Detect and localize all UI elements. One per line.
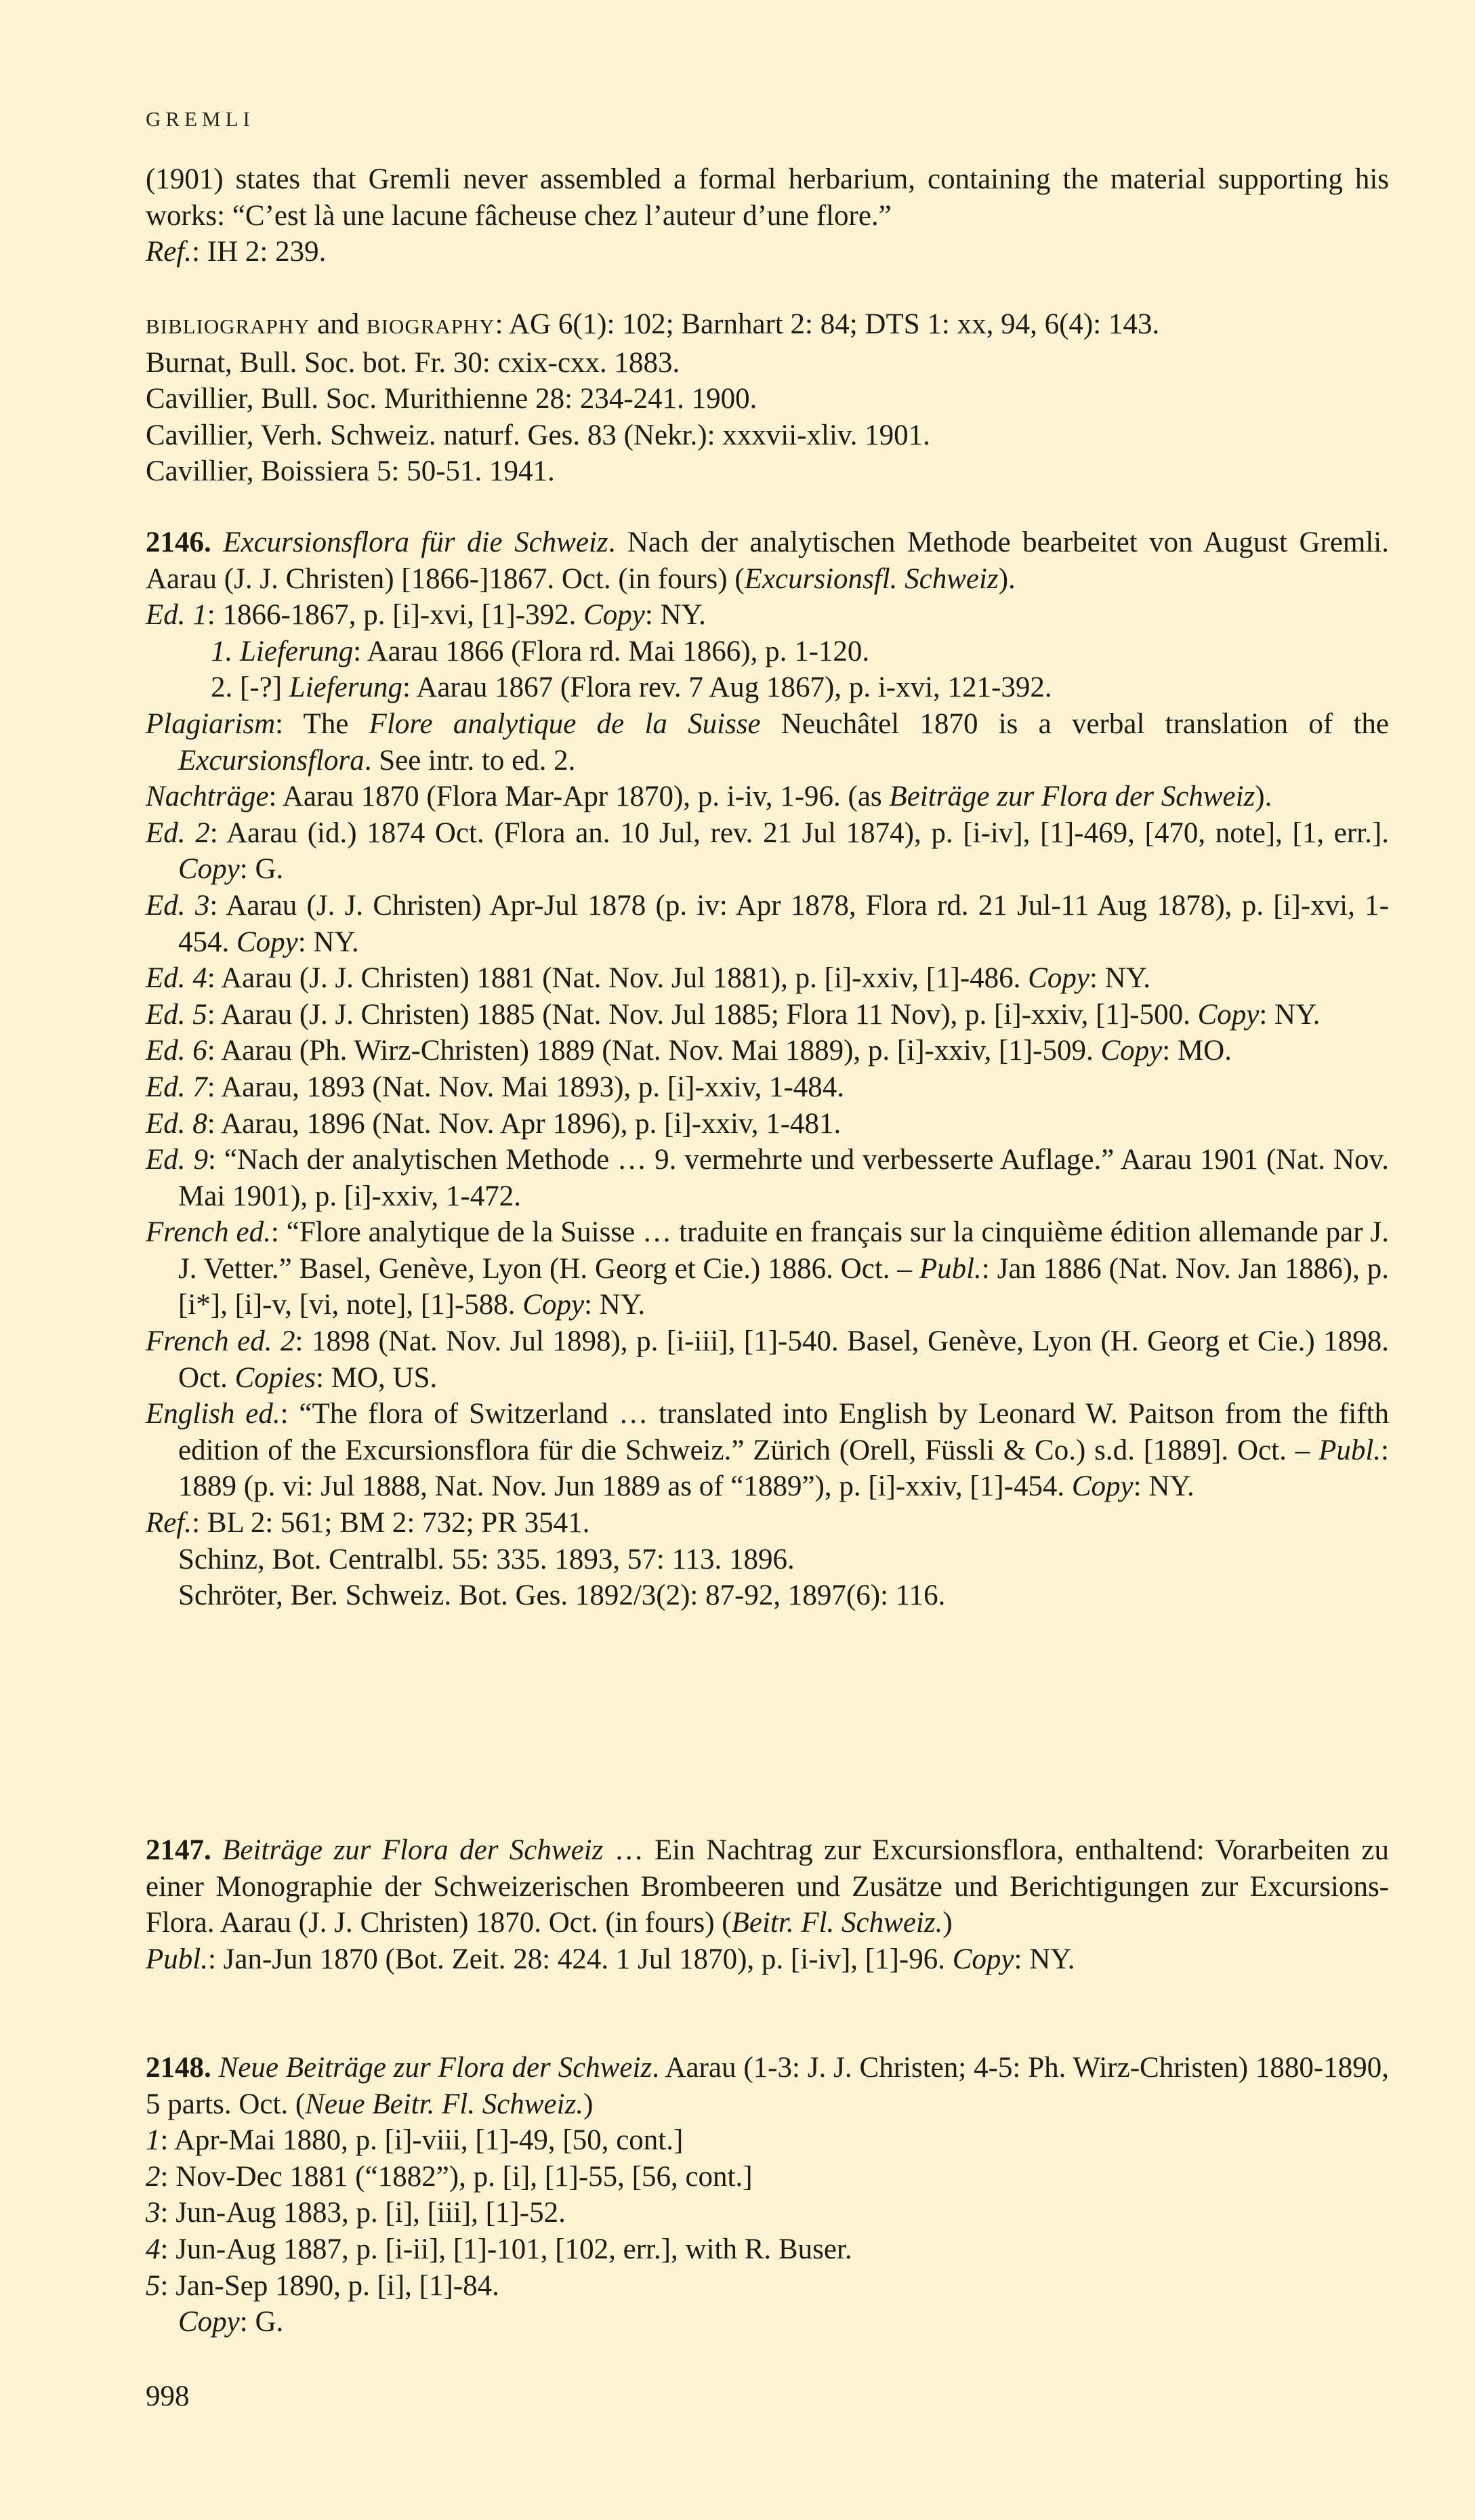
nachtraege-title: Beiträge zur Flora der Schweiz [889, 781, 1255, 812]
plagiarism-title: Flore analytique de la Suisse [369, 708, 761, 740]
edition-label: French ed. 2 [146, 1325, 295, 1357]
bibliography-block: BIBLIOGRAPHY and BIOGRAPHY: AG 6(1): 102… [146, 306, 1389, 490]
entry-abbrev: Neue Beitr. Fl. Schweiz. [305, 2088, 583, 2120]
entry-number: 2147. [146, 1834, 211, 1866]
lieferung-1: 1. Lieferung: Aarau 1866 (Flora rd. Mai … [146, 634, 1389, 670]
copy-label: Copy [1072, 1470, 1134, 1502]
ref-text: : IH 2: 239. [192, 236, 326, 268]
part-number: 1 [146, 2124, 161, 2156]
copy-label: Copy [522, 1289, 584, 1321]
edition-text: : Aarau, 1896 (Nat. Nov. Apr 1896), p. [… [207, 1108, 841, 1140]
entry-2148: 2148. Neue Beiträge zur Flora der Schwei… [146, 2050, 1389, 2340]
edition-text: : Aarau (Ph. Wirz-Christen) 1889 (Nat. N… [207, 1035, 1101, 1067]
running-head: GREMLI [146, 107, 255, 131]
entry-2146: 2146. Excursionsflora für die Schweiz. N… [146, 524, 1389, 1614]
intro-block: (1901) states that Gremli never assemble… [146, 161, 1389, 270]
copy-value: : NY. [645, 599, 706, 631]
edition-text: : Aarau (J. J. Christen) 1881 (Nat. Nov.… [207, 962, 1028, 994]
copy-label: Copy [1100, 1035, 1162, 1067]
intro-ref: Ref.: IH 2: 239. [146, 234, 1389, 270]
bibliography-first-line: : AG 6(1): 102; Barnhart 2: 84; DTS 1: x… [495, 308, 1160, 340]
edition-text: : 1866-1867, p. [i]-xvi, [1]-392. [207, 599, 583, 631]
copy-label: Copy [583, 599, 645, 631]
copy-label: Copy [1198, 999, 1260, 1031]
copy-value: : NY. [298, 926, 359, 958]
bibliography-label: BIBLIOGRAPHY [146, 314, 310, 338]
lieferung-number: 1. [211, 636, 240, 667]
references: Ref.: BL 2: 561; BM 2: 732; PR 3541. [146, 1505, 1389, 1542]
edition-2: Ed. 2: Aarau (id.) 1874 Oct. (Flora an. … [146, 815, 1389, 888]
entry-abbrev-close: ). [999, 563, 1016, 595]
entry-abbrev-close: ) [942, 1907, 952, 1939]
copy-label: Copy [236, 926, 298, 958]
part-number: 5 [146, 2270, 161, 2302]
copy-value: : NY. [1014, 1943, 1075, 1975]
part-number: 2 [146, 2161, 161, 2193]
part-1: 1: Apr-Mai 1880, p. [i]-viii, [1]-49, [5… [146, 2122, 1389, 2159]
intro-paragraph: (1901) states that Gremli never assemble… [146, 161, 1389, 234]
entry-abbrev: Beitr. Fl. Schweiz. [732, 1907, 943, 1939]
edition-1: Ed. 1: 1866-1867, p. [i]-xvi, [1]-392. C… [146, 597, 1389, 634]
copy-value: : MO, US. [316, 1362, 437, 1394]
part-number: 3 [146, 2197, 161, 2229]
copy-value: : NY. [584, 1289, 645, 1321]
page-number: 998 [146, 2380, 190, 2413]
plagiarism-title: Excursionsflora [178, 745, 365, 777]
edition-8: Ed. 8: Aarau, 1896 (Nat. Nov. Apr 1896),… [146, 1106, 1389, 1142]
bibliography-heading-line: BIBLIOGRAPHY and BIOGRAPHY: AG 6(1): 102… [146, 306, 1389, 345]
biography-label: BIOGRAPHY [367, 314, 495, 338]
edition-label: Ed. 7 [146, 1071, 207, 1103]
part-3: 3: Jun-Aug 1883, p. [i], [iii], [1]-52. [146, 2195, 1389, 2231]
nachtraege-note: Nachträge: Aarau 1870 (Flora Mar-Apr 187… [146, 779, 1389, 815]
edition-label: Ed. 2 [146, 817, 210, 849]
publ-label: Publ. [919, 1253, 982, 1285]
french-edition-2: French ed. 2: 1898 (Nat. Nov. Jul 1898),… [146, 1323, 1389, 1396]
part-text: : Jun-Aug 1887, p. [i-ii], [1]-101, [102… [161, 2233, 852, 2265]
edition-label: Ed. 6 [146, 1035, 207, 1067]
plagiarism-text: . See intr. to ed. 2. [365, 745, 576, 777]
bibliography-entry: Cavillier, Boissiera 5: 50-51. 1941. [146, 453, 1389, 490]
entry-abbrev: Excursionsfl. Schweiz [745, 563, 999, 595]
lieferung-label: Lieferung [289, 672, 402, 703]
english-edition: English ed.: “The flora of Switzerland …… [146, 1396, 1389, 1505]
edition-label: French ed. [146, 1216, 271, 1248]
copy-value: : G. [240, 853, 284, 885]
publ-label: Publ. [146, 1943, 208, 1975]
bibliography-entry: Cavillier, Bull. Soc. Murithienne 28: 23… [146, 381, 1389, 417]
edition-label: English ed. [146, 1398, 281, 1430]
entry-title: Beiträge zur Flora der Schweiz [222, 1834, 603, 1866]
ref-text: : BL 2: 561; BM 2: 732; PR 3541. [192, 1507, 589, 1539]
french-edition: French ed.: “Flore analytique de la Suis… [146, 1214, 1389, 1323]
edition-3: Ed. 3: Aarau (J. J. Christen) Apr-Jul 18… [146, 888, 1389, 960]
lieferung-label: Lieferung [240, 636, 353, 667]
edition-label: Ed. 9 [146, 1144, 208, 1176]
edition-label: Ed. 1 [146, 599, 207, 631]
entry-title: Excursionsflora für die Schweiz [223, 526, 608, 558]
part-text: : Apr-Mai 1880, p. [i]-viii, [1]-49, [50… [161, 2124, 684, 2156]
part-4: 4: Jun-Aug 1887, p. [i-ii], [1]-101, [10… [146, 2231, 1389, 2268]
plagiarism-label: Plagiarism [146, 708, 275, 740]
lieferung-text: : Aarau 1866 (Flora rd. Mai 1866), p. 1-… [353, 636, 869, 667]
entry-number: 2146. [146, 526, 211, 558]
edition-text: : “Nach der analytischen Methode … 9. ve… [178, 1144, 1389, 1212]
edition-6: Ed. 6: Aarau (Ph. Wirz-Christen) 1889 (N… [146, 1033, 1389, 1069]
entry-2148-title: 2148. Neue Beiträge zur Flora der Schwei… [146, 2050, 1389, 2122]
part-text: : Nov-Dec 1881 (“1882”), p. [i], [1]-55,… [161, 2161, 753, 2193]
edition-5: Ed. 5: Aarau (J. J. Christen) 1885 (Nat.… [146, 997, 1389, 1033]
copy-label: Copy [953, 1943, 1014, 1975]
copy-label: Copy [178, 2306, 240, 2338]
edition-9: Ed. 9: “Nach der analytischen Methode … … [146, 1142, 1389, 1214]
nachtraege-text: : Aarau 1870 (Flora Mar-Apr 1870), p. i-… [269, 781, 890, 812]
edition-text: : Aarau (J. J. Christen) 1885 (Nat. Nov.… [207, 999, 1198, 1031]
edition-label: Ed. 4 [146, 962, 207, 994]
nachtraege-close: ). [1255, 781, 1272, 812]
edition-text: : Aarau (J. J. Christen) Apr-Jul 1878 (p… [178, 890, 1389, 958]
ref-label: Ref. [146, 236, 192, 268]
part-text: : Jan-Sep 1890, p. [i], [1]-84. [161, 2270, 499, 2302]
part-2: 2: Nov-Dec 1881 (“1882”), p. [i], [1]-55… [146, 2159, 1389, 2195]
bibliography-entry: Burnat, Bull. Soc. bot. Fr. 30: cxix-cxx… [146, 345, 1389, 381]
copy-value: : G. [240, 2306, 284, 2338]
publication-note: Publ.: Jan-Jun 1870 (Bot. Zeit. 28: 424.… [146, 1941, 1389, 1978]
copy-value: : MO. [1162, 1035, 1232, 1067]
part-text: : Jun-Aug 1883, p. [i], [iii], [1]-52. [161, 2197, 566, 2229]
plagiarism-text: Neuchâtel 1870 is a verbal translation o… [761, 708, 1389, 740]
edition-label: Ed. 3 [146, 890, 209, 922]
plagiarism-note: Plagiarism: The Flore analytique de la S… [146, 706, 1389, 779]
publ-text: : Jan-Jun 1870 (Bot. Zeit. 28: 424. 1 Ju… [208, 1943, 953, 1975]
edition-text: : Aarau (id.) 1874 Oct. (Flora an. 10 Ju… [210, 817, 1389, 849]
bibliography-entry: Cavillier, Verh. Schweiz. naturf. Ges. 8… [146, 417, 1389, 454]
edition-4: Ed. 4: Aarau (J. J. Christen) 1881 (Nat.… [146, 960, 1389, 997]
lieferung-2: 2. [-?] Lieferung: Aarau 1867 (Flora rev… [146, 669, 1389, 706]
ref-label: Ref. [146, 1507, 192, 1539]
edition-text: : Aarau, 1893 (Nat. Nov. Mai 1893), p. [… [207, 1071, 844, 1103]
entry-2147: 2147. Beiträge zur Flora der Schweiz … E… [146, 1832, 1389, 1977]
nachtraege-label: Nachträge [146, 781, 269, 812]
entry-number: 2148. [146, 2052, 211, 2084]
copy-value: : NY. [1259, 999, 1320, 1031]
copy-note: Copy: G. [146, 2304, 1389, 2340]
part-number: 4 [146, 2233, 161, 2265]
copy-value: : NY. [1089, 962, 1150, 994]
copy-label: Copies [235, 1362, 316, 1394]
publ-label: Publ. [1318, 1434, 1381, 1466]
edition-label: Ed. 8 [146, 1108, 207, 1140]
copy-label: Copy [178, 853, 240, 885]
bibliography-and: and [310, 308, 367, 340]
lieferung-number: 2. [-?] [211, 672, 289, 703]
entry-title: Neue Beiträge zur Flora der Schweiz [219, 2052, 652, 2084]
edition-7: Ed. 7: Aarau, 1893 (Nat. Nov. Mai 1893),… [146, 1069, 1389, 1106]
reference-sub: Schröter, Ber. Schweiz. Bot. Ges. 1892/3… [146, 1577, 1389, 1614]
copy-value: : NY. [1134, 1470, 1194, 1502]
edition-text: : “The flora of Switzerland … translated… [178, 1398, 1389, 1466]
lieferung-text: : Aarau 1867 (Flora rev. 7 Aug 1867), p.… [402, 672, 1052, 703]
edition-label: Ed. 5 [146, 999, 207, 1031]
plagiarism-text: : The [275, 708, 369, 740]
part-5: 5: Jan-Sep 1890, p. [i], [1]-84. [146, 2268, 1389, 2305]
copy-label: Copy [1028, 962, 1089, 994]
reference-sub: Schinz, Bot. Centralbl. 55: 335. 1893, 5… [146, 1542, 1389, 1578]
entry-2146-title: 2146. Excursionsflora für die Schweiz. N… [146, 524, 1389, 597]
entry-2147-title: 2147. Beiträge zur Flora der Schweiz … E… [146, 1832, 1389, 1941]
entry-abbrev-close: ) [583, 2088, 593, 2120]
